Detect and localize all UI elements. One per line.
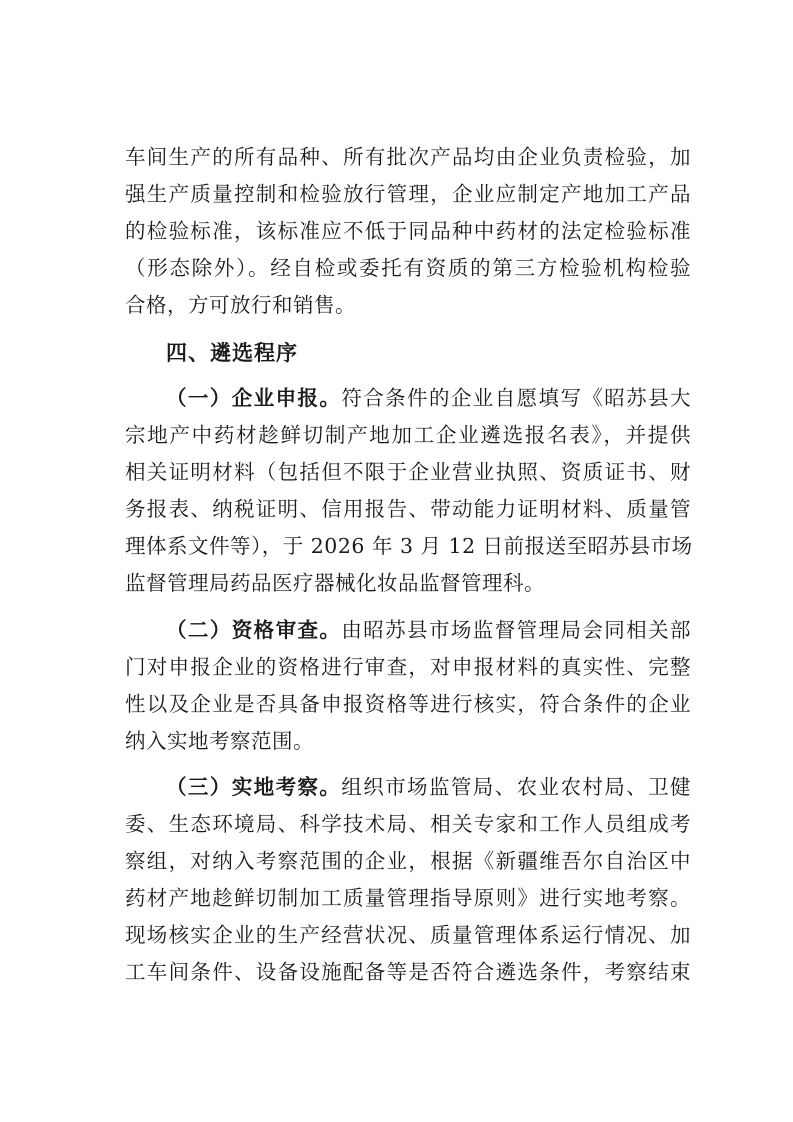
paragraph-line: 强生产质量控制和检验放行管理，企业应制定产地加工产品 <box>125 176 691 213</box>
subsection-title: （三）实地考察。 <box>166 775 341 799</box>
paragraph-line: 委、生态环境局、科学技术局、相关专家和工作人员组成考 <box>125 806 691 843</box>
paragraph-line: 门对申报企业的资格进行审查，对申报材料的真实性、完整 <box>125 649 691 686</box>
section-heading: 四、遴选程序 <box>166 335 298 372</box>
paragraph-line: 宗地产中药材趁鲜切制产地加工企业遴选报名表》，并提供 <box>125 417 691 454</box>
subsection-title: （二）资格审查。 <box>166 618 341 642</box>
paragraph-line: 理体系文件等），于 2026 年 3 月 12 日前报送至昭苏县市场 <box>125 528 691 565</box>
paragraph-line: （形态除外）。经自检或委托有资质的第三方检验机构检验 <box>125 250 691 287</box>
paragraph-line: （三）实地考察。组织市场监管局、农业农村局、卫健 <box>166 769 691 806</box>
paragraph-line: 药材产地趁鲜切制加工质量管理指导原则》进行实地考察。 <box>125 880 691 917</box>
paragraph-line: 监督管理局药品医疗器械化妆品监督管理科。 <box>125 565 691 602</box>
document-page: 车间生产的所有品种、所有批次产品均由企业负责检验，加 强生产质量控制和检验放行管… <box>0 0 793 1122</box>
line-text: 组织市场监管局、农业农村局、卫健 <box>341 775 691 799</box>
paragraph-line: 纳入实地考察范围。 <box>125 723 691 760</box>
paragraph-line: 性以及企业是否具备申报资格等进行核实，符合条件的企业 <box>125 686 691 723</box>
line-text: 由昭苏县市场监督管理局会同相关部 <box>341 618 691 642</box>
paragraph-line: 的检验标准，该标准应不低于同品种中药材的法定检验标准 <box>125 213 691 250</box>
paragraph-line: 相关证明材料（包括但不限于企业营业执照、资质证书、财 <box>125 454 691 491</box>
paragraph-line: 工车间条件、设备设施配备等是否符合遴选条件，考察结束 <box>125 954 691 991</box>
paragraph-line: 察组，对纳入考察范围的企业，根据《新疆维吾尔自治区中 <box>125 843 691 880</box>
paragraph-line: 现场核实企业的生产经营状况、质量管理体系运行情况、加 <box>125 917 691 954</box>
paragraph-line: （二）资格审查。由昭苏县市场监督管理局会同相关部 <box>166 612 691 649</box>
paragraph-line: 合格，方可放行和销售。 <box>125 287 691 324</box>
paragraph-line: 车间生产的所有品种、所有批次产品均由企业负责检验，加 <box>125 139 691 176</box>
paragraph-line: （一）企业申报。符合条件的企业自愿填写《昭苏县大 <box>166 380 691 417</box>
line-text: 符合条件的企业自愿填写《昭苏县大 <box>341 386 691 410</box>
subsection-title: （一）企业申报。 <box>166 386 341 410</box>
paragraph-line: 务报表、纳税证明、信用报告、带动能力证明材料、质量管 <box>125 491 691 528</box>
